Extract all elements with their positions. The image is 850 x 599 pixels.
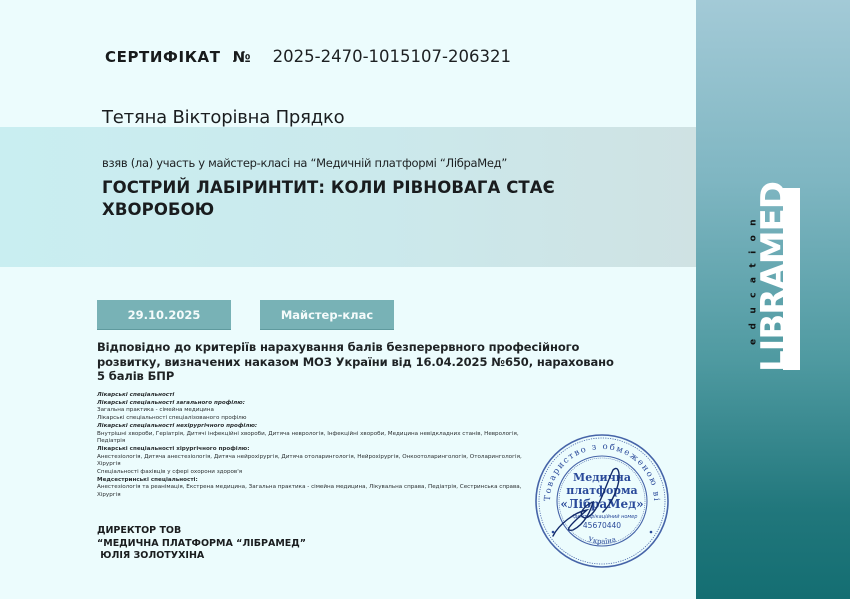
recipient-name: Тетяна Вікторівна Прядко bbox=[102, 107, 345, 128]
director-company: “МЕДИЧНА ПЛАТФОРМА “ЛІБРАМЕД” bbox=[97, 538, 306, 549]
specialty-line: Анестезіологія та реанімація, Екстрена м… bbox=[97, 484, 537, 499]
director-title: ДИРЕКТОР ТОВ bbox=[97, 525, 181, 536]
specialties-list: Лікарські спеціальностіЛікарські спеціал… bbox=[97, 392, 537, 500]
specialty-line: Лікарські спеціальності нехірургічного п… bbox=[97, 423, 537, 431]
certificate-label: СЕРТИФІКАТ bbox=[105, 48, 221, 66]
certificate-number: 2025-2470-1015107-206321 bbox=[273, 47, 511, 66]
libramed-logo: LIBRAMED education bbox=[745, 186, 805, 372]
specialty-line: Спеціальності фахівців у сфері охорони з… bbox=[97, 469, 537, 477]
logo-tagline: education bbox=[746, 187, 763, 369]
specialty-line: Анестезіологія, Дитяча анестезіологія, Д… bbox=[97, 454, 537, 469]
credits-statement: Відповідно до критеріїв нарахування балі… bbox=[97, 340, 617, 384]
event-type-badge: Майстер-клас bbox=[260, 300, 394, 329]
event-title: ГОСТРИЙ ЛАБІРИНТИТ: КОЛИ РІВНОВАГА СТАЄ … bbox=[102, 177, 572, 221]
certificate-header: СЕРТИФІКАТ № 2025-2470-1015107-206321 bbox=[105, 47, 511, 66]
director-name: ЮЛІЯ ЗОЛОТУХІНА bbox=[97, 550, 204, 561]
specialty-line: Внутрішні хвороби, Геріатрія, Дитячі інф… bbox=[97, 431, 537, 446]
participation-text: взяв (ла) участь у майстер-класі на “Мед… bbox=[102, 156, 507, 170]
specialty-line: Загальна практика - сімейна медицина bbox=[97, 407, 537, 415]
specialty-line: Лікарські спеціальності спеціалізованого… bbox=[97, 415, 537, 423]
specialty-line: Лікарські спеціальності хірургічного про… bbox=[97, 446, 537, 454]
event-date-badge: 29.10.2025 bbox=[97, 300, 231, 329]
logo-strip bbox=[783, 188, 800, 370]
number-sign: № bbox=[233, 48, 251, 66]
svg-text:45670440: 45670440 bbox=[583, 521, 621, 530]
company-seal: Товариство з обмеженою відповідальністю … bbox=[533, 432, 671, 570]
svg-text:Медична: Медична bbox=[573, 471, 631, 484]
specialty-line: Лікарські спеціальності bbox=[97, 392, 537, 400]
director-signature-block: ДИРЕКТОР ТОВ “МЕДИЧНА ПЛАТФОРМА “ЛІБРАМЕ… bbox=[97, 525, 306, 563]
svg-text:«ЛібраМед»: «ЛібраМед» bbox=[560, 497, 643, 511]
seal-country: Україна bbox=[587, 536, 617, 546]
